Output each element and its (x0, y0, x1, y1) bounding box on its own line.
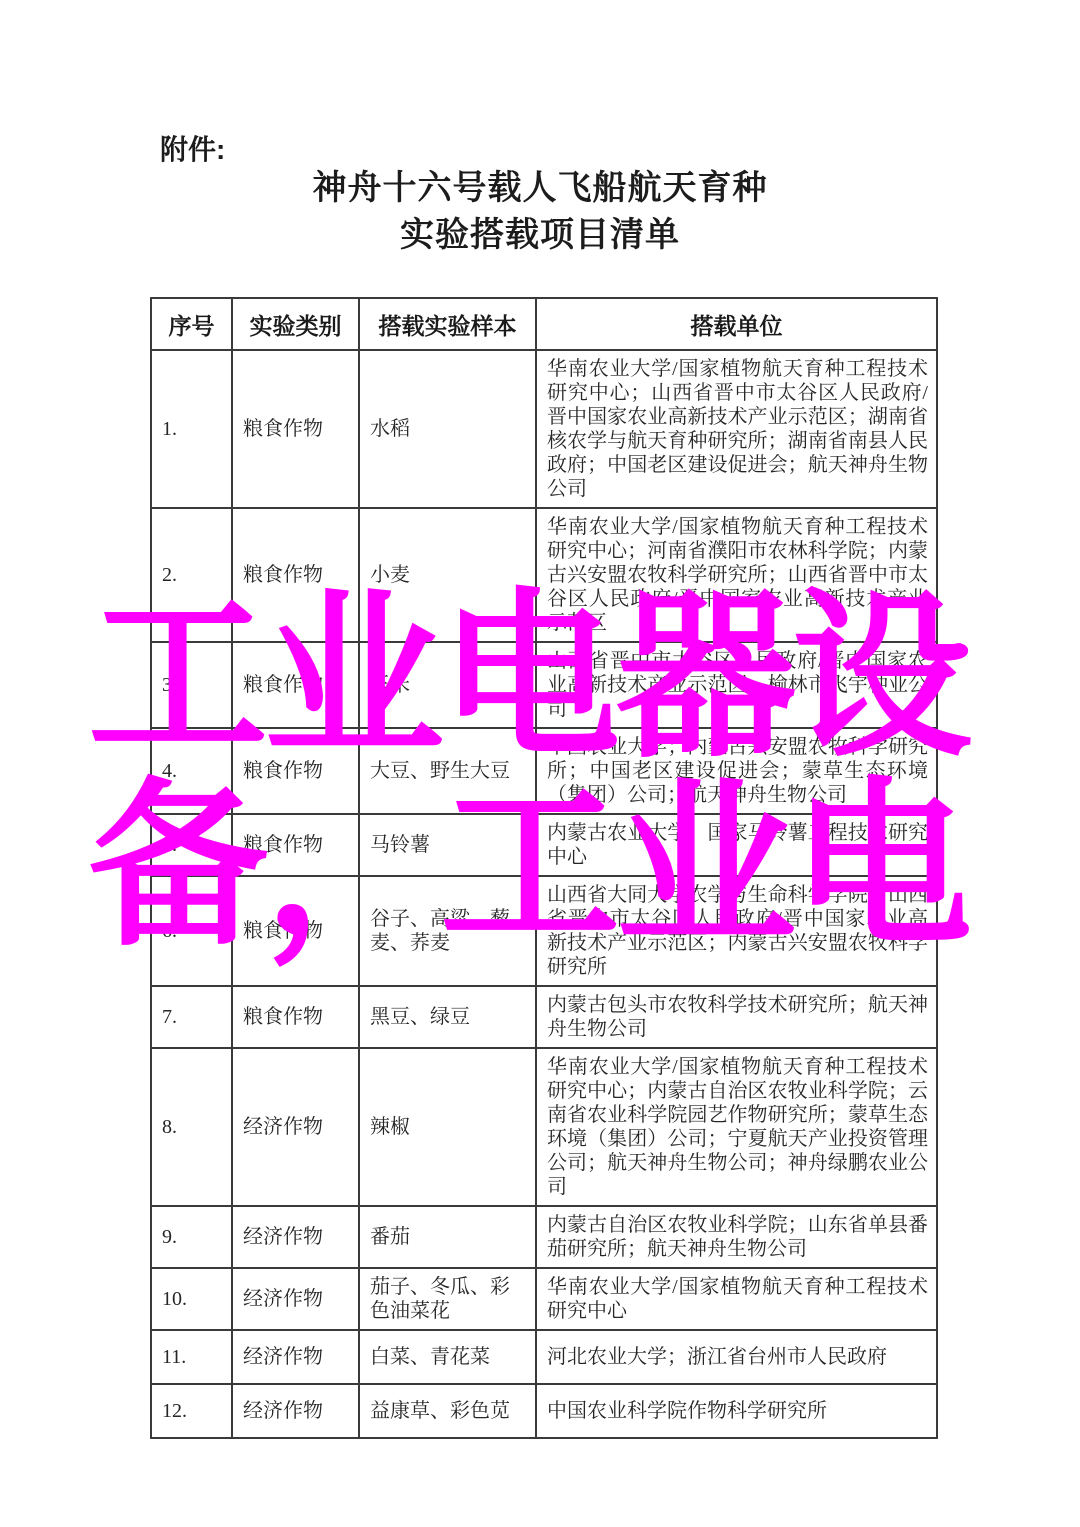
table-header: 序号 实验类别 搭载实验样本 搭载单位 (151, 298, 937, 350)
category-cell: 粮食作物 (232, 876, 359, 986)
sample-cell: 谷子、高粱、藜麦、荞麦 (359, 876, 536, 986)
table-row: 4. 粮食作物 大豆、野生大豆 中国农业大学；内蒙古兴安盟农牧科学研究所；中国老… (151, 728, 937, 814)
document-title-line2: 实验搭载项目清单 (0, 212, 1080, 259)
sample-cell: 玉米 (359, 642, 536, 728)
organizations-cell: 华南农业大学/国家植物航天育种工程技术研究中心 (536, 1268, 937, 1330)
organizations-cell: 中国农业科学院作物科学研究所 (536, 1384, 937, 1438)
organizations-cell: 山西省大同大学农学与生命科学学院；山西省晋中市太谷区人民政府/晋中国家农业高新技… (536, 876, 937, 986)
header-experiment-category: 实验类别 (232, 298, 359, 350)
sample-cell: 马铃薯 (359, 814, 536, 876)
row-number-cell: 11. (151, 1330, 232, 1384)
sample-cell: 茄子、冬瓜、彩色油菜花 (359, 1268, 536, 1330)
organizations-cell: 内蒙古包头市农牧科学技术研究所；航天神舟生物公司 (536, 986, 937, 1048)
organizations-cell: 河北农业大学；浙江省台州市人民政府 (536, 1330, 937, 1384)
category-cell: 粮食作物 (232, 986, 359, 1048)
table-row: 7. 粮食作物 黑豆、绿豆 内蒙古包头市农牧科学技术研究所；航天神舟生物公司 (151, 986, 937, 1048)
table-row: 12. 经济作物 益康草、彩色苋 中国农业科学院作物科学研究所 (151, 1384, 937, 1438)
table-row: 1. 粮食作物 水稻 华南农业大学/国家植物航天育种工程技术研究中心；山西省晋中… (151, 350, 937, 508)
table-row: 9. 经济作物 番茄 内蒙古自治区农牧业科学院；山东省单县番茄研究所；航天神舟生… (151, 1206, 937, 1268)
category-cell: 粮食作物 (232, 508, 359, 642)
sample-cell: 黑豆、绿豆 (359, 986, 536, 1048)
table-row: 5. 粮食作物 马铃薯 内蒙古农业大学；国家马铃薯工程技术研究中心 (151, 814, 937, 876)
table-body: 1. 粮食作物 水稻 华南农业大学/国家植物航天育种工程技术研究中心；山西省晋中… (151, 350, 937, 1438)
sample-cell: 益康草、彩色苋 (359, 1384, 536, 1438)
row-number-cell: 4. (151, 728, 232, 814)
header-payload-unit: 搭载单位 (536, 298, 937, 350)
sample-cell: 小麦 (359, 508, 536, 642)
row-number-cell: 3. (151, 642, 232, 728)
header-payload-sample: 搭载实验样本 (359, 298, 536, 350)
sample-cell: 辣椒 (359, 1048, 536, 1206)
row-number-cell: 2. (151, 508, 232, 642)
category-cell: 经济作物 (232, 1268, 359, 1330)
category-cell: 经济作物 (232, 1206, 359, 1268)
category-cell: 粮食作物 (232, 642, 359, 728)
organizations-cell: 山西省晋中市太谷区人民政府/晋中国家农业高新技术产业示范区；榆林市飞宇种业公司 (536, 642, 937, 728)
header-row: 序号 实验类别 搭载实验样本 搭载单位 (151, 298, 937, 350)
organizations-cell: 内蒙古自治区农牧业科学院；山东省单县番茄研究所；航天神舟生物公司 (536, 1206, 937, 1268)
document-page: 附件: 神舟十六号载人飞船航天育种 实验搭载项目清单 序号 实验类别 搭载实验样… (0, 0, 1080, 1527)
organizations-cell: 华南农业大学/国家植物航天育种工程技术研究中心；内蒙古自治区农牧业科学院；云南省… (536, 1048, 937, 1206)
document-title: 神舟十六号载人飞船航天育种 实验搭载项目清单 (0, 165, 1080, 259)
category-cell: 粮食作物 (232, 350, 359, 508)
row-number-cell: 9. (151, 1206, 232, 1268)
category-cell: 粮食作物 (232, 728, 359, 814)
sample-cell: 番茄 (359, 1206, 536, 1268)
row-number-cell: 8. (151, 1048, 232, 1206)
organizations-cell: 华南农业大学/国家植物航天育种工程技术研究中心；河南省濮阳市农林科学院；内蒙古兴… (536, 508, 937, 642)
header-serial-number: 序号 (151, 298, 232, 350)
category-cell: 经济作物 (232, 1330, 359, 1384)
category-cell: 经济作物 (232, 1048, 359, 1206)
row-number-cell: 1. (151, 350, 232, 508)
table-row: 2. 粮食作物 小麦 华南农业大学/国家植物航天育种工程技术研究中心；河南省濮阳… (151, 508, 937, 642)
sample-cell: 白菜、青花菜 (359, 1330, 536, 1384)
organizations-cell: 中国农业大学；内蒙古兴安盟农牧科学研究所；中国老区建设促进会；蒙草生态环境（集团… (536, 728, 937, 814)
category-cell: 粮食作物 (232, 814, 359, 876)
row-number-cell: 7. (151, 986, 232, 1048)
attachment-label: 附件: (160, 128, 225, 168)
row-number-cell: 10. (151, 1268, 232, 1330)
organizations-cell: 内蒙古农业大学；国家马铃薯工程技术研究中心 (536, 814, 937, 876)
sample-cell: 水稻 (359, 350, 536, 508)
row-number-cell: 6. (151, 876, 232, 986)
payload-table: 序号 实验类别 搭载实验样本 搭载单位 1. 粮食作物 水稻 华南农业大学/国家… (150, 297, 938, 1439)
document-title-line1: 神舟十六号载人飞船航天育种 (0, 165, 1080, 212)
table-row: 11. 经济作物 白菜、青花菜 河北农业大学；浙江省台州市人民政府 (151, 1330, 937, 1384)
row-number-cell: 5. (151, 814, 232, 876)
organizations-cell: 华南农业大学/国家植物航天育种工程技术研究中心；山西省晋中市太谷区人民政府/晋中… (536, 350, 937, 508)
table-row: 3. 粮食作物 玉米 山西省晋中市太谷区人民政府/晋中国家农业高新技术产业示范区… (151, 642, 937, 728)
row-number-cell: 12. (151, 1384, 232, 1438)
table-row: 8. 经济作物 辣椒 华南农业大学/国家植物航天育种工程技术研究中心；内蒙古自治… (151, 1048, 937, 1206)
sample-cell: 大豆、野生大豆 (359, 728, 536, 814)
table-row: 10. 经济作物 茄子、冬瓜、彩色油菜花 华南农业大学/国家植物航天育种工程技术… (151, 1268, 937, 1330)
category-cell: 经济作物 (232, 1384, 359, 1438)
table-row: 6. 粮食作物 谷子、高粱、藜麦、荞麦 山西省大同大学农学与生命科学学院；山西省… (151, 876, 937, 986)
